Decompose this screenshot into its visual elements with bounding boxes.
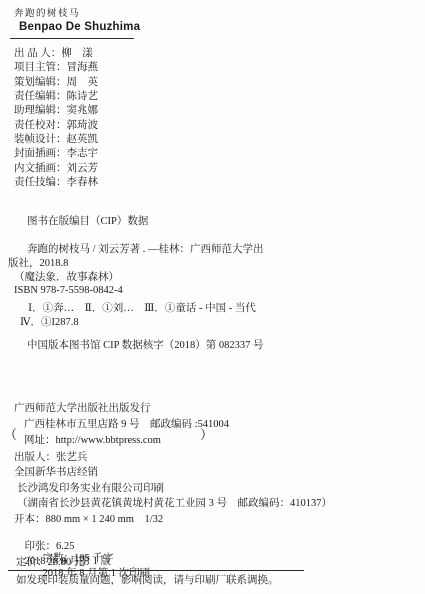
cip-section-title: 图书在版编目（CIP）数据	[27, 216, 148, 228]
credit-planning-editor: 策划编辑：周 英	[14, 76, 98, 90]
credit-assistant-editor: 助理编辑：窦兆娜	[14, 104, 98, 118]
title-underline	[10, 38, 134, 39]
staff-credits: 出 品 人：柳 漾 项目主管：冒海燕 策划编辑：周 英 责任编辑：陈诗艺 助理编…	[14, 47, 98, 190]
credit-managing-editor: 责任编辑：陈诗艺	[14, 90, 98, 104]
book-format: 开本：880 mm × 1 240 mm 1/32	[14, 514, 163, 526]
publisher-line: 广西师范大学出版社出版发行	[14, 403, 151, 415]
credit-project-director: 项目主管：冒海燕	[14, 61, 98, 75]
cip-classification-line2: Ⅳ．①I287.8	[20, 317, 79, 329]
publisher-address: 广西桂林市五里店路 9 号 邮政编码 :541004	[24, 419, 229, 431]
printer-name: 长沙鸿发印务实业有限公司印刷	[17, 483, 164, 495]
cip-record-number: 中国版本图书馆 CIP 数据核字（2018）第 082337 号	[27, 340, 263, 352]
credit-proofreader: 责任校对：郭琦波	[14, 119, 98, 133]
address-paren-open: （	[4, 424, 17, 443]
credit-inner-illustrator: 内文插画：刘云芳	[14, 162, 98, 176]
price-line: 定价：26.80 元	[16, 557, 84, 569]
address-paren-close: ）	[200, 424, 213, 443]
book-title-pinyin: Benpao De Shuzhima	[19, 21, 140, 33]
credit-cover-illustrator: 封面插画：李志宇	[14, 147, 98, 161]
cip-entry-line1: 奔跑的树枝马 / 刘云芳著 . —桂林：广西师范大学出	[27, 244, 264, 256]
colophon-page: 奔跑的树枝马 Benpao De Shuzhima 出 品 人：柳 漾 项目主管…	[0, 0, 425, 594]
publisher-person: 出版人：张艺兵	[14, 452, 88, 464]
publisher-website: 网址：http://www.bbtpress.com	[24, 435, 161, 447]
cip-entry-line2: 版社，2018.8	[8, 258, 68, 270]
distribution-line: 全国新华书店经销	[14, 467, 98, 479]
series-name: （魔法象．故事森林）	[14, 272, 119, 284]
quality-note: 如发现印装质量问题，影响阅读，请与印刷厂联系调换。	[16, 575, 279, 587]
divider-rule	[8, 570, 304, 571]
cip-classification-line1: Ⅰ．①奔… Ⅱ．①刘… Ⅲ．①童话 - 中国 - 当代	[28, 303, 256, 315]
book-title-chinese: 奔跑的树枝马	[14, 8, 80, 20]
credit-producer: 出 品 人：柳 漾	[14, 47, 98, 61]
printer-address: （湖南省长沙县黄花镇黄垅村黄花工业园 3 号 邮政编码：410137）	[17, 498, 332, 510]
credit-technical-editor: 责任技编：李春林	[14, 176, 98, 190]
credit-designer: 装帧设计：赵英凯	[14, 133, 98, 147]
isbn-number: ISBN 978-7-5598-0842-4	[14, 285, 123, 297]
